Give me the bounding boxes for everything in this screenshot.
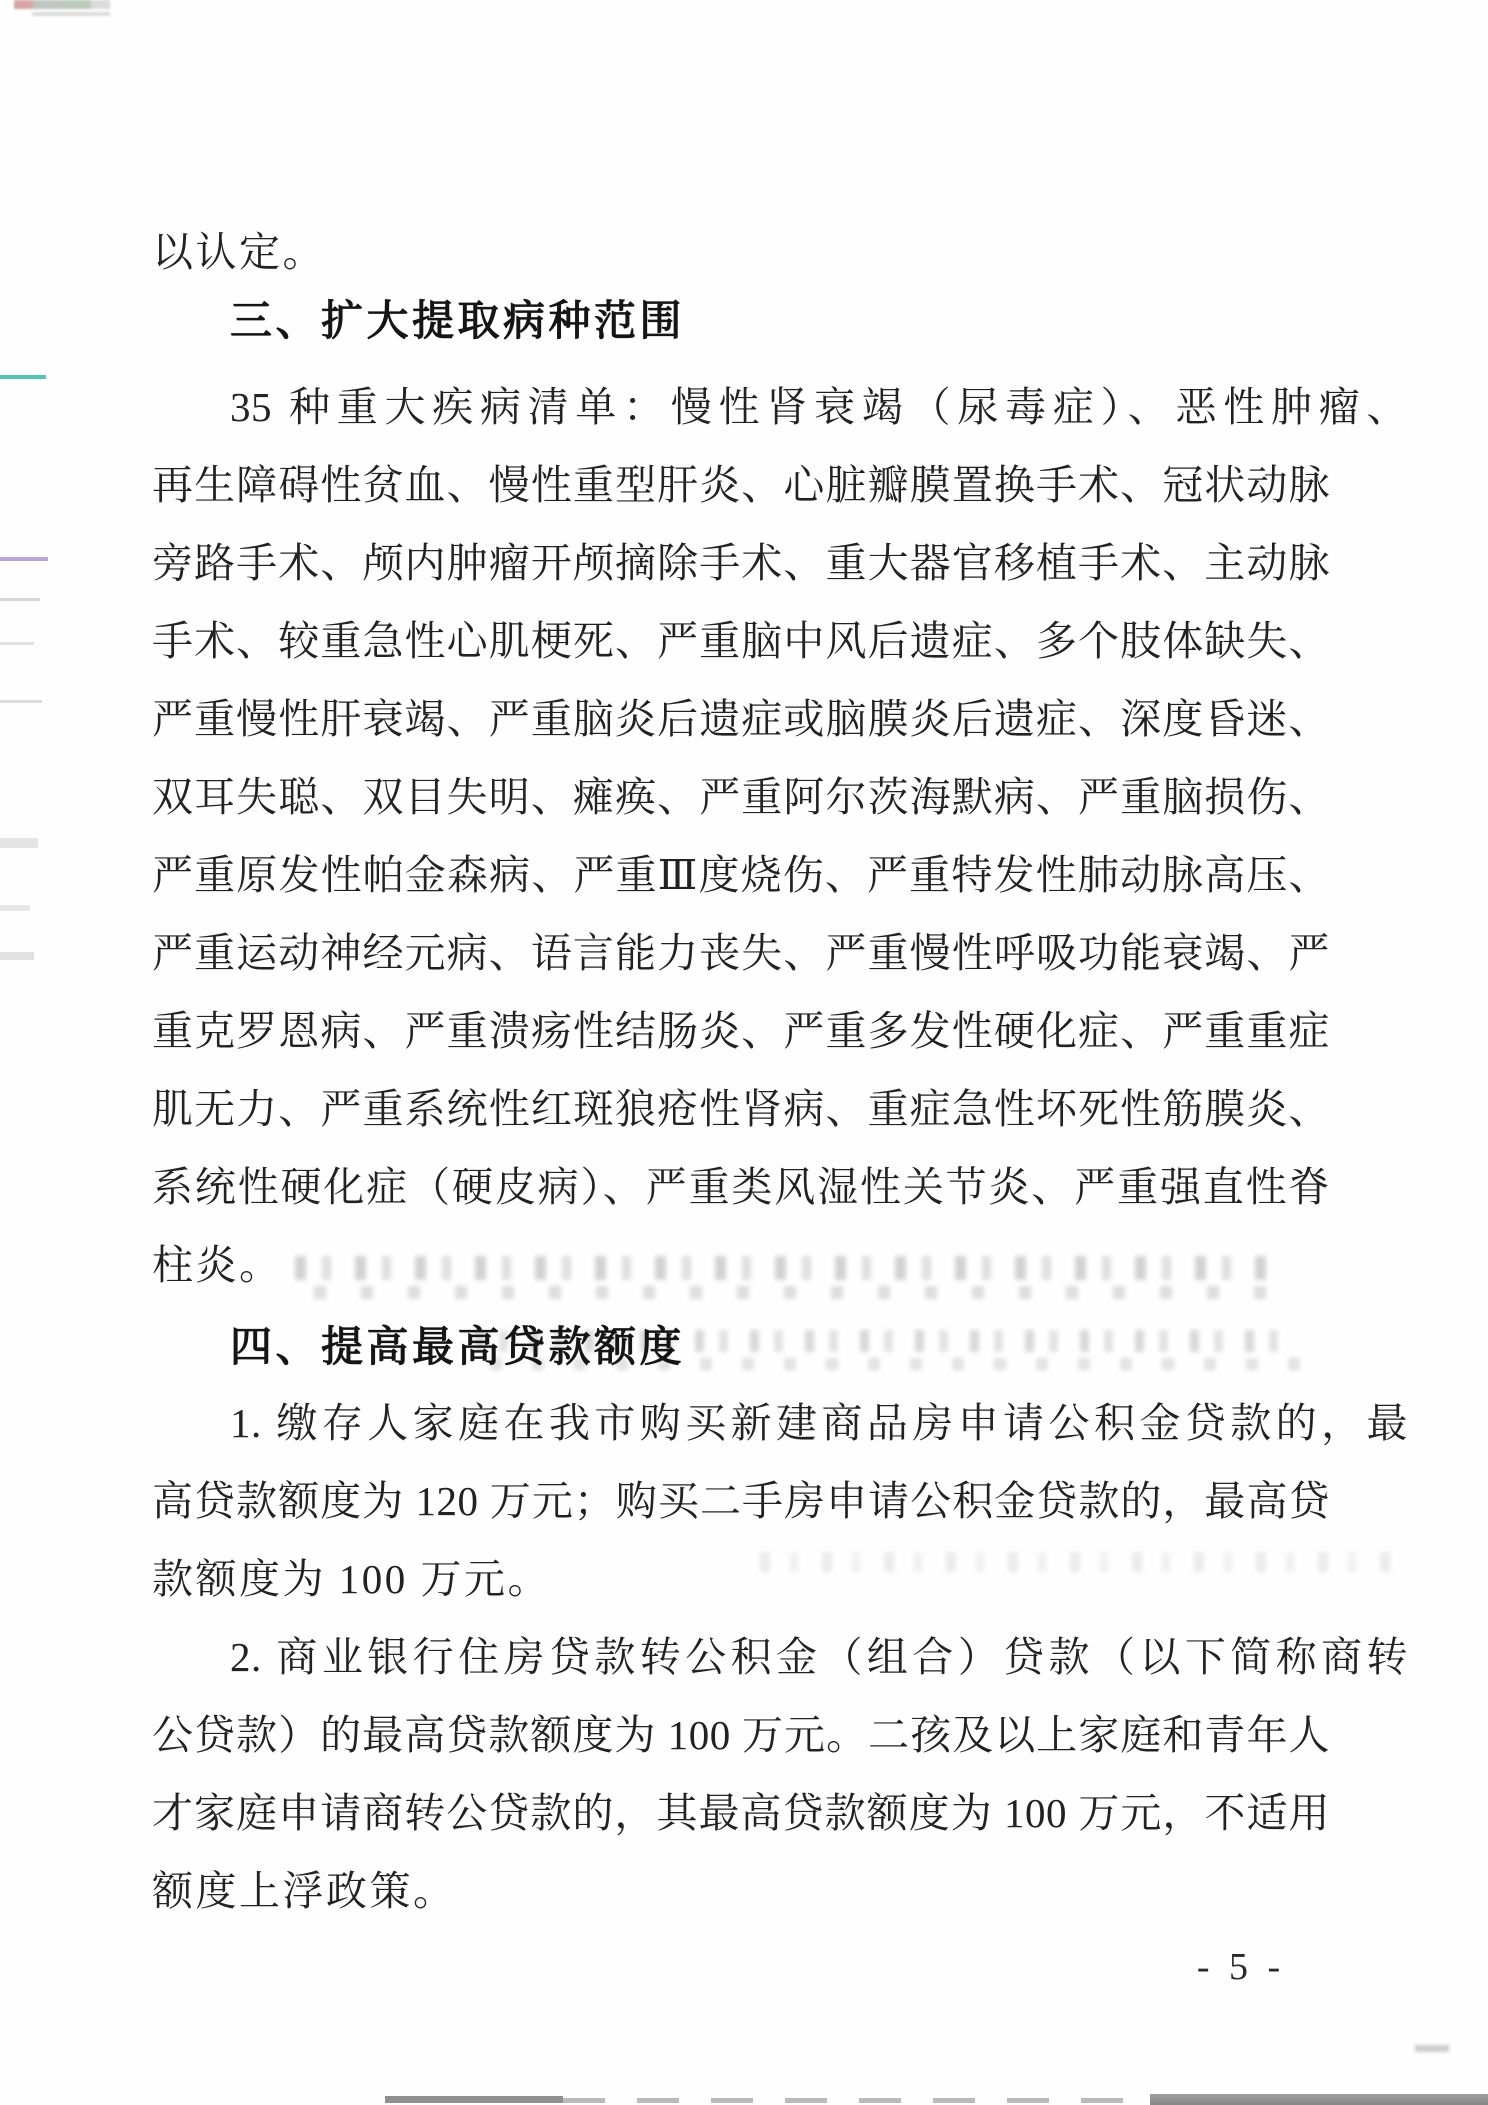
page-number: - 5 -: [1150, 1945, 1332, 1989]
loan-paragraph-2-line: 2. 商业银行住房贷款转公积金（组合）贷款（以下简称商转: [152, 1633, 1408, 1681]
disease-list-line: 严重慢性肝衰竭、严重脑炎后遗症或脑膜炎后遗症、深度昏迷、: [152, 695, 1330, 743]
left-edge-gray-mark: [0, 905, 30, 911]
disease-list-line: 柱炎。: [152, 1241, 1330, 1289]
left-edge-gray-mark: [0, 642, 34, 645]
disease-list-line: 双耳失聪、双目失明、瘫痪、严重阿尔茨海默病、严重脑损伤、: [152, 773, 1330, 821]
bottom-scan-shadow: [1150, 2094, 1488, 2105]
bottom-scan-speck: [1415, 2045, 1449, 2052]
scanned-document-page: 以认定。 三、扩大提取病种范围 35 种重大疾病清单：慢性肾衰竭（尿毒症）、恶性…: [0, 0, 1488, 2105]
loan-paragraph-1-line: 高贷款额度为 120 万元；购买二手房申请公积金贷款的，最高贷: [152, 1477, 1330, 1525]
scan-corner-smudge: [14, 0, 110, 9]
disease-list-line: 手术、较重急性心肌梗死、严重脑中风后遗症、多个肢体缺失、: [152, 617, 1330, 665]
left-edge-purple-mark: [0, 557, 48, 561]
section-3-heading: 三、扩大提取病种范围: [230, 296, 685, 346]
loan-paragraph-2-line: 公贷款）的最高贷款额度为 100 万元。二孩及以上家庭和青年人: [152, 1711, 1330, 1759]
section-4-heading: 四、提高最高贷款额度: [230, 1322, 685, 1372]
disease-list-line: 再生障碍性贫血、慢性重型肝炎、心脏瓣膜置换手术、冠状动脉: [152, 461, 1330, 509]
left-edge-teal-mark: [0, 375, 46, 379]
disease-list-line: 系统性硬化症（硬皮病）、严重类风湿性关节炎、严重强直性脊: [152, 1163, 1330, 1211]
loan-paragraph-2-line: 才家庭申请商转公贷款的，其最高贷款额度为 100 万元，不适用: [152, 1789, 1330, 1837]
bottom-scan-shadow: [385, 2096, 563, 2103]
left-edge-gray-mark: [0, 952, 34, 960]
left-edge-gray-mark: [0, 838, 38, 848]
disease-list-line: 35 种重大疾病清单：慢性肾衰竭（尿毒症）、恶性肿瘤、: [152, 383, 1408, 431]
loan-paragraph-2-line: 额度上浮政策。: [152, 1867, 1330, 1915]
disease-list-line: 严重原发性帕金森病、严重Ⅲ度烧伤、严重特发性肺动脉高压、: [152, 851, 1330, 899]
loan-paragraph-1-line: 1. 缴存人家庭在我市购买新建商品房申请公积金贷款的，最: [152, 1399, 1408, 1447]
disease-list-line: 旁路手术、颅内肿瘤开颅摘除手术、重大器官移植手术、主动脉: [152, 539, 1330, 587]
scan-corner-smudge-echo: [32, 12, 110, 16]
left-edge-gray-mark: [0, 700, 42, 703]
paragraph-continuation-line: 以认定。: [152, 228, 1330, 276]
bottom-scan-shadow: [563, 2098, 1148, 2103]
disease-list-line: 肌无力、严重系统性红斑狼疮性肾病、重症急性坏死性筋膜炎、: [152, 1085, 1330, 1133]
loan-paragraph-1-line: 款额度为 100 万元。: [152, 1555, 1330, 1603]
left-edge-gray-mark: [0, 598, 40, 601]
disease-list-line: 严重运动神经元病、语言能力丧失、严重慢性呼吸功能衰竭、严: [152, 929, 1330, 977]
disease-list-line: 重克罗恩病、严重溃疡性结肠炎、严重多发性硬化症、严重重症: [152, 1007, 1330, 1055]
